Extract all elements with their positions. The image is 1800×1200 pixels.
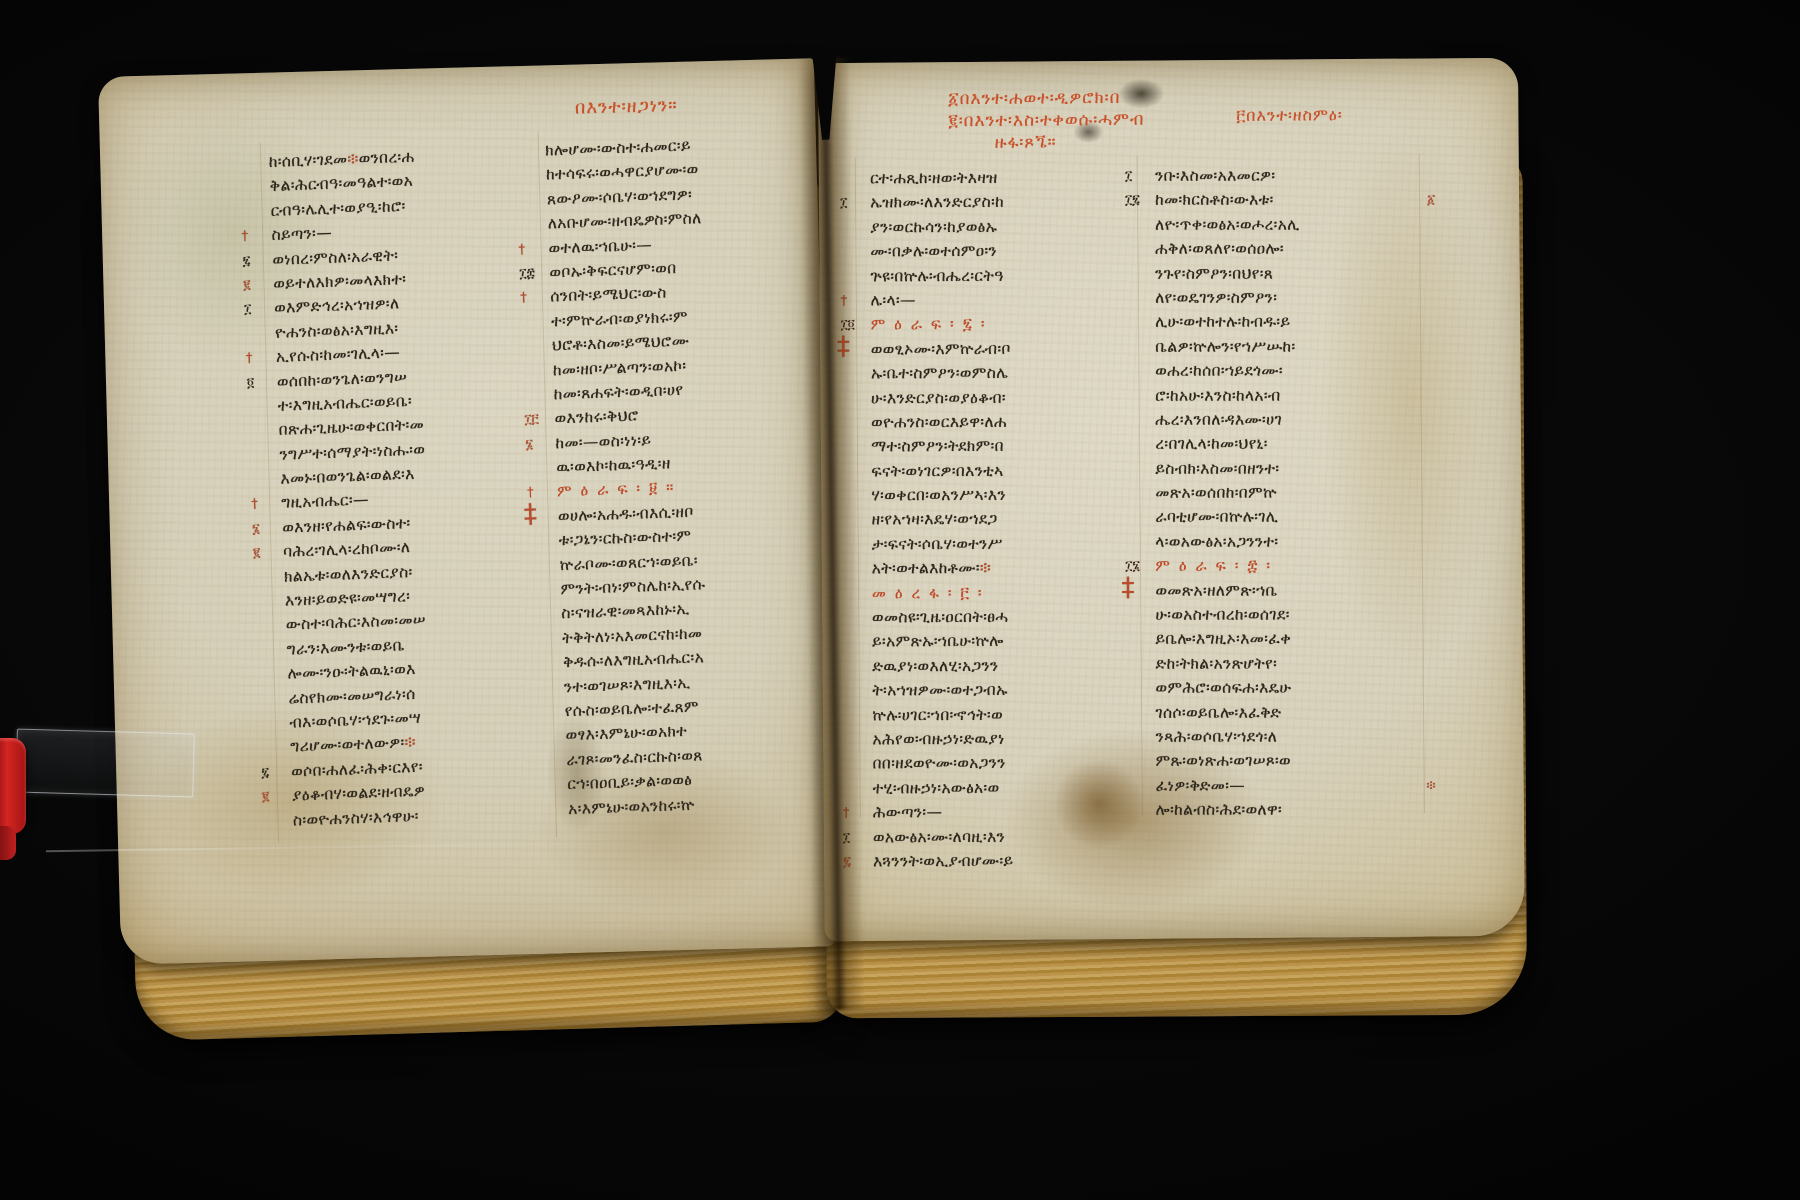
marginal-numeral: ፲፰ (519, 262, 535, 287)
text-line: ሐቅለ፡ወጸለየ፡ወሰዐሎ፡ (1155, 237, 1411, 262)
marginal-numeral: ፨ (1426, 774, 1435, 798)
right-page-heading: ፩በእንተ፡ሐወተ፡ዲዎሮክ፡በ ፪፡በእንተ፡እስ፡ተቀወሱ፡ሓምብ ዙፋ፡ጾ… (948, 87, 1145, 155)
text-line: ያን፡ወርኩሳን፡ከያወፅኡ (870, 214, 1130, 240)
text-line: ይስብክ፡እስመ፡በዘንተ፡ (1155, 456, 1411, 481)
left-page-heading: በእንተ፡ዘጋነን። (575, 94, 678, 121)
text-line: ታ፡ፍናት፡ሶቤሃ፡ወተንሥ (872, 531, 1132, 557)
text-line: ሊሁ፡ወተከተሉ፡ከብዱ፡ይ (1155, 310, 1411, 335)
manuscript-book: በእንተ፡ዘጋነን። ከ፡ሰቢሃ፡ገደመ፨ወንበረ፡ሐቅል፡ሕርብዓ፡መዓልተ፡… (92, 39, 1547, 1041)
marginal-numeral: † (251, 493, 258, 518)
text-line: ጕዩ፡በኵሉ፡ብሔረ፡ርትዓ (870, 263, 1130, 289)
text-line: ለዮ፡ጥቀ፡ወፅአ፡ወሖረ፡አሊ (1155, 212, 1411, 237)
text-line: ርተ፡ሐጺከ፡ዘወ፡ትእዛዝ (870, 165, 1130, 191)
acrylic-strip (15, 729, 195, 798)
text-line: ወዮሐንስ፡ወርእይዋ፡ለሐ (871, 409, 1131, 435)
marginal-numeral: ፮ (252, 517, 260, 542)
text-line: ሮ፡ከአሁ፡እንስ፡ከላአ፡ብ (1155, 383, 1411, 408)
left-column-inner: ክሎሆሙ፡ውስተ፡ሐመር፡ይከተሳፍሩ፡ወሓዋርያሆሙ፡ወጸውዖሙ፡ሶቤሃ፡ወኀ… (545, 129, 831, 821)
rubric-line: ም ዕ ራ ፍ ፡ ፰ ፡፲፮ (1155, 554, 1411, 579)
red-clip-tip (0, 826, 16, 860)
text-line: ት፡አኀዝዎሙ፡ወተጋብኡ (872, 677, 1132, 703)
photo-scene: በእንተ፡ዘጋነን። ከ፡ሰቢሃ፡ገደመ፨ወንበረ፡ሐቅል፡ሕርብዓ፡መዓልተ፡… (0, 0, 1800, 1200)
text-line: ንቡ፡እስመ፡አእመርዎ፡፲ (1155, 163, 1411, 188)
text-line: ሃ፡ወቀርበ፡ወአንሥኣ፡እን (871, 482, 1131, 508)
right-column-inner: ርተ፡ሐጺከ፡ዘወ፡ትእዛዝኤዝክሙ፡ለእንድርያስ፡ከ፲ያን፡ወርኩሳን፡ከያ… (870, 165, 1133, 873)
right-column-outer: ንቡ፡እስመ፡አእመርዎ፡፲ከመ፡ክርስቶስ፡ውእቱ፡፲፯፩ለዮ፡ጥቀ፡ወፅአ፡… (1155, 163, 1412, 822)
marginal-numeral: ፪ (262, 786, 270, 811)
marginal-numeral: ፲ (244, 298, 252, 323)
marginal-numeral: † (518, 238, 525, 263)
text-line: ለየ፡ወዴገንዎ፡ስምዖን፡ (1155, 285, 1411, 310)
rubric-line: ም ዕ ራ ፍ ፡ ፯ ፡፲፬ (871, 312, 1131, 338)
marginal-numeral: ፲ (1125, 165, 1132, 189)
red-separator-mark: ፨ (347, 150, 359, 168)
text-line: ወአውፅአ፡ሙ፡ለባዚ፡እን፲ (873, 824, 1133, 850)
right-heading-line-1: ፩በእንተ፡ሐወተ፡ዲዎሮክ፡በ (948, 87, 1144, 111)
ruling-line (1419, 154, 1425, 814)
right-page-heading-2: ፫በእንተ፡ዘስምዕ፡ (1236, 103, 1342, 128)
red-clip (0, 738, 26, 834)
red-separator-mark: ፨ (980, 559, 991, 577)
text-line: ሔረ፡እንበለ፡ዳእሙ፡ሀገ (1155, 407, 1411, 432)
text-line: ሁ፡ወአስተብረከ፡ወሰገደ፡ (1155, 603, 1411, 628)
red-separator-mark: ፨ (404, 733, 416, 751)
text-line: ወመስዩ፡ጊዜ፡ዐርበት፡ፀሓ (872, 604, 1132, 630)
marginal-numeral: † (246, 347, 253, 372)
text-line: ሁ፡እንድርያስ፡ወያዕቆብ፡ (871, 385, 1131, 411)
text-line: ይ፡አምጽኡ፡ኀቤሁ፡ኵሎ (872, 629, 1132, 655)
marginal-numeral: ፩ (1427, 189, 1435, 213)
marginal-numeral: ፲፯ (1125, 189, 1140, 213)
text-line: ኵሉ፡ሀገር፡ኀበ፡ኆኅት፡ወ (872, 702, 1132, 728)
text-line: ወወፂኦሙ፡እምኵራብ፡ቦ‡ (871, 336, 1131, 362)
marginal-numeral: † (520, 287, 527, 312)
marginal-cross: ‡ (523, 502, 537, 527)
text-line: ፈነዎ፡ቅድመ፡—፨ (1156, 773, 1412, 798)
text-line: ሕውጣን፡—† (873, 799, 1133, 825)
marginal-numeral: ፲፫ (524, 408, 539, 433)
marginal-cross: ‡ (1121, 575, 1134, 599)
text-line: ድከ፡ትክል፡አንጽሆትየ፡ (1155, 651, 1411, 676)
text-line: እጓንንት፡ወኢያብሆሙ፡ይ፯ (873, 848, 1133, 874)
right-heading-line-2: ፪፡በእንተ፡እስ፡ተቀወሱ፡ሓምብ (948, 109, 1144, 133)
left-column-outer: ከ፡ሰቢሃ፡ገደመ፨ወንበረ፡ሐቅል፡ሕርብዓ፡መዓልተ፡ወአርብዓ፡ሌሊተ፡ወ… (268, 141, 551, 833)
text-line: አሕየወ፡ብዙኃነ፡ድዉያነ (872, 726, 1132, 752)
text-line: በበ፡ዘደወዮሙ፡ወአጋንን (873, 751, 1133, 777)
text-line: ምጹ፡ወነጽሐ፡ወገሠጾ፡ወ (1156, 749, 1412, 774)
text-line: ተሂ፡ብዙኃነ፡አውፅአ፡ወ (873, 775, 1133, 801)
text-line: ማተ፡ስምዖን፡ትደክም፡በ (871, 434, 1131, 460)
text-line: አት፡ወተልእከቶሙ፡፨ (872, 555, 1132, 581)
text-line: ቤልዎ፡ኵሎን፡የኀሥሡከ፡ (1155, 334, 1411, 359)
text-line: ወመጽአ፡ዘለምጽ፡ኀቤ‡ (1155, 578, 1411, 603)
text-line: ዘ፡የአኀዛ፡እዴሃ፡ወኀደጋ (872, 507, 1132, 533)
text-line: ከመ፡ክርስቶስ፡ውእቱ፡፲፯፩ (1155, 188, 1411, 213)
text-line: ራባቲሆሙ፡በኵሉ፡ገሊ (1155, 505, 1411, 530)
text-line: ድዉያነ፡ወእለሂ፡አጋንን (872, 653, 1132, 679)
text-line: ሙ፡በቃሉ፡ወተሰምዐ፡ን (870, 238, 1130, 264)
marginal-numeral: ፬ (247, 371, 255, 396)
text-line: ረ፡በገሊላ፡ከመ፡ህየኒ፡ (1155, 432, 1411, 457)
text-line: ይቤሎ፡እግዚኦ፡እመ፡ፈቀ (1155, 627, 1411, 652)
text-line: ላ፡ወአውፅአ፡አጋንንተ፡ (1155, 529, 1411, 554)
right-heading-line-3: ዙፋ፡ጾጜ። (949, 131, 1145, 155)
text-line: ገሰሶ፡ወይቤሎ፡እፈቅድ (1156, 700, 1412, 725)
text-line: መጽአ፡ወሰበከ፡በምኵ (1155, 481, 1411, 506)
text-line: ሌ፡ላ፡—† (871, 287, 1131, 313)
right-page: ፩በእንተ፡ሐወተ፡ዲዎሮክ፡በ ፪፡በእንተ፡እስ፡ተቀወሱ፡ሓምብ ዙፋ፡ጾ… (818, 58, 1525, 941)
text-line: ንጻሕ፡ወሶቤሃ፡ኀደጎ፡ለ (1156, 724, 1412, 749)
text-line: ኤዝክሙ፡ለእንድርያስ፡ከ፲ (870, 190, 1130, 216)
text-line: ሎ፡ከልብስ፡ሕደ፡ወለዋ፡ (1156, 798, 1412, 823)
text-line: ንጉየ፡ስምዖን፡በህየ፡ጸ (1155, 261, 1411, 286)
marginal-numeral: ፯ (261, 761, 270, 786)
marginal-numeral: ፮ (525, 433, 533, 458)
left-page: በእንተ፡ዘጋነን። ከ፡ሰቢሃ፡ገደመ፨ወንበረ፡ሐቅል፡ሕርብዓ፡መዓልተ፡… (98, 58, 837, 964)
rubric-line: መ ዕ ረ ፋ ፡ ፫ ፡ (872, 580, 1132, 606)
text-line: ኡ፡ቤተ፡ስምዖን፡ወምስሌ (871, 360, 1131, 386)
marginal-numeral: ፪ (243, 274, 251, 299)
marginal-numeral: ፯ (242, 249, 251, 274)
marginal-numeral: ፪ (253, 542, 261, 567)
text-line: ወሐረ፡ከሰበ፡ኀይደጎሙ፡ (1155, 359, 1411, 384)
text-line: ፍናት፡ወነገርዎ፡በእንቲኣ (871, 458, 1131, 484)
marginal-numeral: † (241, 225, 248, 250)
text-line: ወምሕሮ፡ወሰፍሐ፡እዴሁ (1156, 676, 1412, 701)
ruling-line (1137, 156, 1143, 816)
